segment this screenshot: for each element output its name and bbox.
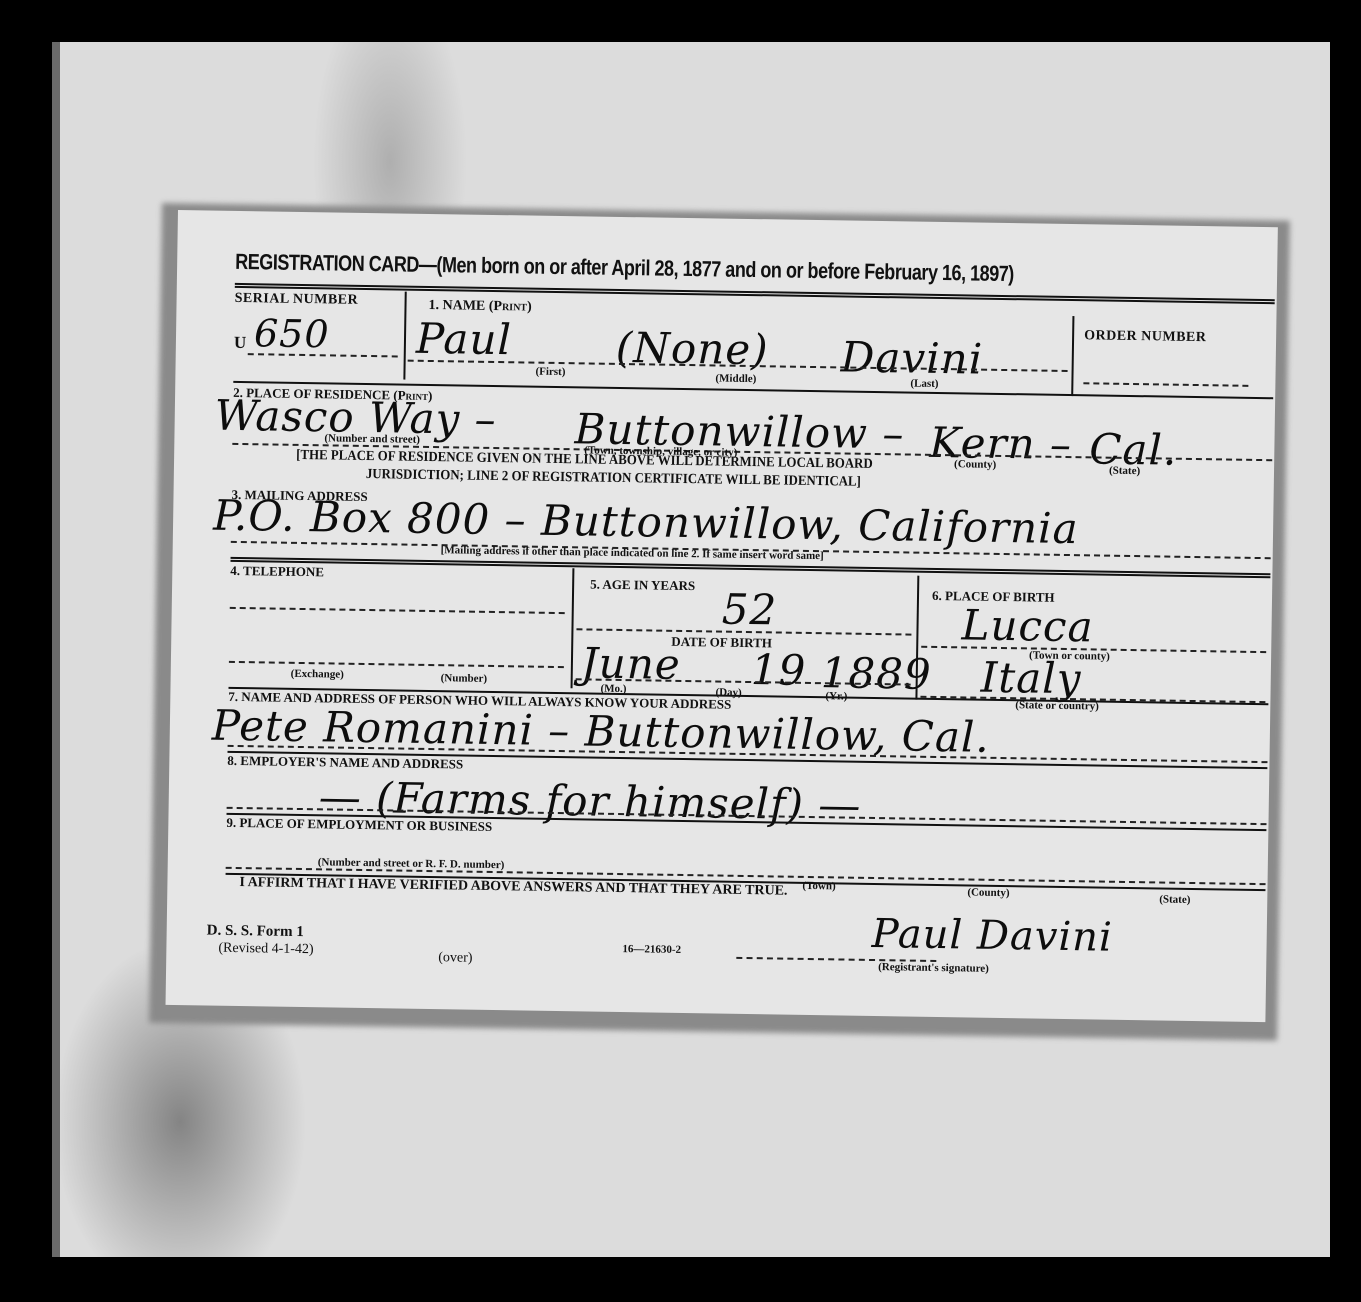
county-caption: (County) [954,458,996,471]
age-label: 5. AGE IN YEARS [590,577,695,595]
registrant-signature: Paul Davini [871,911,1113,961]
over-note: (over) [438,950,472,967]
state-caption: (State) [1109,465,1140,477]
number-caption: (Number) [441,672,488,685]
serial-number-value: 650 [254,311,330,356]
telephone-line-2 [229,661,564,668]
middle-caption: (Middle) [715,372,756,385]
telephone-line-1 [230,607,565,614]
employer-label: 8. EMPLOYER'S NAME AND ADDRESS [227,753,463,773]
form-revised: (Revised 4-1-42) [218,941,314,958]
last-caption: (Last) [910,378,938,390]
birthplace-country-value: Italy [980,653,1081,704]
age-value: 52 [721,585,777,635]
serial-number-label: SERIAL NUMBER [234,291,358,309]
registration-card: REGISTRATION CARD—(Men born on or after … [166,210,1278,1022]
print-code: 16—21630-2 [622,943,681,956]
signature-caption: (Registrant's signature) [878,961,989,975]
affirmation-text: I AFFIRM THAT I HAVE VERIFIED ABOVE ANSW… [239,875,787,900]
birthplace-town-value: Lucca [961,600,1094,651]
employment-place-label: 9. PLACE OF EMPLOYMENT OR BUSINESS [226,815,492,835]
employment-state-caption: (State) [1159,893,1190,905]
street-caption: (Number and street) [324,432,420,445]
serial-prefix: U [234,333,247,353]
name-label: 1. NAME (Print) [428,298,531,316]
divider [1071,316,1074,396]
exchange-caption: (Exchange) [291,668,344,681]
first-caption: (First) [535,366,565,378]
first-name-value: Paul [416,314,513,365]
dob-day-value: 19 [750,645,806,695]
order-number-line [1083,382,1248,387]
last-name-value: Davini [840,332,983,383]
divider [571,568,575,688]
telephone-label: 4. TELEPHONE [230,563,324,580]
divider [403,292,406,380]
employment-county-caption: (County) [967,886,1009,899]
title-rule [235,283,1275,304]
order-number-label: ORDER NUMBER [1084,328,1207,346]
card-title: REGISTRATION CARD—(Men born on or after … [235,249,1014,287]
form-id: D. S. S. Form 1 [207,923,304,942]
serial-line [248,353,398,357]
residence-county-value: Kern – [929,418,1072,469]
